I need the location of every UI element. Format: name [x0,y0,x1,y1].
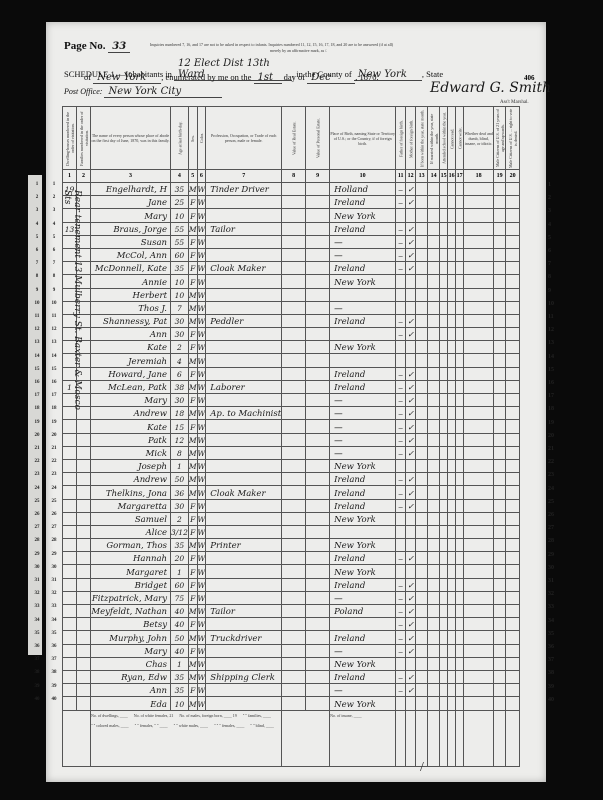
line-number-inner: 36 [47,644,61,649]
cell-empty [306,380,330,393]
cell-empty [282,380,306,393]
cell-birthplace [330,525,396,538]
cell-birthplace: New York [330,657,396,670]
line-number-inner: 38 [47,670,61,675]
line-number: 16 [548,380,554,386]
cell-empty [456,539,464,552]
cell-empty [506,196,520,209]
cell-mother-foreign: ✓ [406,486,416,499]
cell-empty [494,314,506,327]
cell-empty [282,314,306,327]
cell-empty [464,670,494,683]
cell-empty [456,262,464,275]
cell-empty [464,618,494,631]
cell-father-foreign: – [396,407,406,420]
cell-empty [306,420,330,433]
cell-empty [306,644,330,657]
table-row: Andrew18MWAp. to Machinist—–✓ [63,407,520,420]
cell-dwelling [63,420,77,433]
line-number-left: 32 [30,591,44,596]
cell-mother-foreign: ✓ [406,618,416,631]
cell-empty [506,618,520,631]
cell-birthplace: Ireland [330,222,396,235]
cell-dwelling [63,605,77,618]
cell-dwelling [63,618,77,631]
cell-empty [306,499,330,512]
line-number-left: 37 [30,657,44,662]
cell-name: Gorman, Thos [91,539,171,552]
cell-sex: M [188,380,197,393]
cell-mother-foreign: ✓ [406,380,416,393]
cell-empty [282,275,306,288]
line-number-left: 7 [30,261,44,266]
cell-name: Joseph [91,459,171,472]
cell-empty [456,433,464,446]
cell-empty [506,328,520,341]
cell-empty [440,235,448,248]
cell-age: 40 [171,605,189,618]
table-row: Shannessy, Pat30MWPeddlerIreland–✓ [63,314,520,327]
cell-sex: F [188,235,197,248]
cell-father-foreign: – [396,235,406,248]
cell-occupation: Tailor [206,222,282,235]
cell-empty [416,328,428,341]
cell-name: Eda [91,697,171,710]
cell-empty [494,565,506,578]
cell-empty [428,473,440,486]
cell-empty [456,183,464,196]
cell-birthplace: — [330,394,396,407]
cell-empty [428,196,440,209]
cell-empty [282,301,306,314]
cell-occupation [206,591,282,604]
cell-empty [416,644,428,657]
cell-birthplace: Ireland [330,631,396,644]
cell-sex: M [188,697,197,710]
cell-name: Susan [91,235,171,248]
post-office-value: New York City [104,86,222,98]
table-row: Mary10FWNew York [63,209,520,222]
line-number-left: 34 [30,618,44,623]
cell-mother-foreign: ✓ [406,499,416,512]
cell-sex: M [188,486,197,499]
cell-empty [448,618,456,631]
cell-age: 10 [171,288,189,301]
cell-family [77,605,91,618]
cell-mother-foreign [406,459,416,472]
cell-age: 75 [171,591,189,604]
cell-name: Ann [91,684,171,697]
cell-occupation: Tailor [206,605,282,618]
cell-empty [506,578,520,591]
cell-occupation [206,618,282,631]
line-number-inner: 9 [47,288,61,293]
table-row: Patk12MW—–✓ [63,433,520,446]
cell-mother-foreign: ✓ [406,328,416,341]
cell-empty [282,565,306,578]
cell-birthplace [330,328,396,341]
cell-occupation [206,459,282,472]
cell-empty [428,209,440,222]
cell-name: Jane [91,196,171,209]
cell-color: W [197,697,206,710]
cell-color: W [197,512,206,525]
cell-empty [506,262,520,275]
cell-empty [428,684,440,697]
cell-empty [428,631,440,644]
cell-dwelling [63,486,77,499]
cell-sex: M [188,222,197,235]
cell-empty [456,473,464,486]
table-row: Gorman, Thos35MWPrinterNew York [63,539,520,552]
footer-females-label: " " females, " " ____ [135,721,168,731]
cell-empty [494,591,506,604]
left-line-number-strip [28,175,42,655]
line-number: 40 [548,697,554,703]
cell-empty [464,367,494,380]
line-number-left: 13 [30,340,44,345]
footer-colored-females-label: " " " females, ____ [214,721,244,731]
cell-color: W [197,433,206,446]
cell-empty [456,644,464,657]
line-number-left: 18 [30,406,44,411]
cell-empty [416,631,428,644]
line-number-left: 36 [30,644,44,649]
state-label: , State [422,69,443,79]
cell-empty [306,314,330,327]
cell-name: Meyfeldt, Nathan [91,605,171,618]
col-num-20: 20 [506,170,520,183]
cell-birthplace: New York [330,539,396,552]
line-number-inner: 6 [47,248,61,253]
col-header-4: Age at last birth-day. [171,107,189,170]
cell-empty [282,196,306,209]
line-number: 9 [548,288,551,294]
cell-empty [464,565,494,578]
cell-empty [494,552,506,565]
cell-empty [448,262,456,275]
line-number-left: 24 [30,486,44,491]
line-number: 7 [548,261,551,267]
cell-sex: F [188,644,197,657]
cell-empty [440,473,448,486]
cell-sex: M [188,354,197,367]
cell-empty [428,486,440,499]
cell-sex: M [188,459,197,472]
cell-empty [428,354,440,367]
cell-empty [282,525,306,538]
cell-color: W [197,394,206,407]
cell-empty [448,684,456,697]
cell-empty [448,578,456,591]
cell-name: Shannessy, Pat [91,314,171,327]
line-number: 28 [548,538,554,544]
cell-empty [464,209,494,222]
page-number: Page No. 33 [64,40,130,53]
col-num-16: 16 [448,170,456,183]
cell-empty [456,684,464,697]
line-number-inner: 16 [47,380,61,385]
cell-empty [416,499,428,512]
line-number-inner: 28 [47,538,61,543]
cell-birthplace: — [330,235,396,248]
table-row: Samuel2FWNew York [63,512,520,525]
cell-family [77,433,91,446]
cell-empty [428,565,440,578]
table-row: Susan55FW—–✓ [63,235,520,248]
cell-age: 38 [171,380,189,393]
cell-sex: F [188,552,197,565]
line-number-left: 33 [30,604,44,609]
cell-birthplace: Ireland [330,380,396,393]
cell-father-foreign: – [396,433,406,446]
table-row: Margaretta30FWIreland–✓ [63,499,520,512]
cell-name: Murphy, John [91,631,171,644]
cell-empty [494,433,506,446]
cell-father-foreign: – [396,605,406,618]
cell-empty [464,314,494,327]
cell-name: Herbert [91,288,171,301]
cell-empty [506,697,520,710]
cell-birthplace: Ireland [330,499,396,512]
cell-name: Chas [91,657,171,670]
line-number: 23 [548,472,554,478]
col-num-12: 12 [406,170,416,183]
cell-empty [448,328,456,341]
cell-dwelling [63,578,77,591]
line-number-left: 16 [30,380,44,385]
cell-empty [464,552,494,565]
cell-sex: M [188,473,197,486]
cell-empty [440,525,448,538]
cell-mother-foreign [406,354,416,367]
cell-empty [282,248,306,261]
cell-father-foreign: – [396,328,406,341]
cell-sex: F [188,262,197,275]
cell-empty [282,578,306,591]
cell-empty [448,473,456,486]
line-number-left: 19 [30,420,44,425]
cell-empty [416,433,428,446]
cell-empty [464,235,494,248]
col-num-18: 18 [464,170,494,183]
cell-father-foreign [396,354,406,367]
cell-empty [396,710,406,766]
cell-empty [440,262,448,275]
cell-empty [282,657,306,670]
cell-empty [416,473,428,486]
cell-father-foreign: – [396,473,406,486]
cell-age: 2 [171,512,189,525]
cell-empty [506,394,520,407]
cell-empty [440,420,448,433]
cell-empty [416,525,428,538]
cell-empty [464,644,494,657]
cell-empty [416,578,428,591]
cell-family [77,473,91,486]
cell-empty [306,235,330,248]
cell-empty [494,446,506,459]
cell-color: W [197,235,206,248]
cell-empty [428,367,440,380]
cell-empty [416,657,428,670]
cell-empty [440,657,448,670]
cell-empty [306,631,330,644]
cell-sex: F [188,394,197,407]
cell-age: 30 [171,314,189,327]
cell-empty [464,525,494,538]
cell-dwelling [63,670,77,683]
line-number-inner: 31 [47,578,61,583]
cell-empty [440,486,448,499]
cell-empty [464,684,494,697]
line-number-inner: 25 [47,499,61,504]
line-number-left: 8 [30,274,44,279]
cell-empty [464,657,494,670]
cell-name: Jeremiah [91,354,171,367]
table-row: 13Braus, Jorge55MWTailorIreland–✓ [63,222,520,235]
cell-empty [282,222,306,235]
cell-empty [440,314,448,327]
cell-empty [282,288,306,301]
cell-empty [456,209,464,222]
cell-empty [416,367,428,380]
cell-name: Kate [91,420,171,433]
cell-empty [416,446,428,459]
col-header-11: Father of foreign birth. [396,107,406,170]
cell-empty [440,367,448,380]
cell-empty [464,420,494,433]
cell-empty [494,407,506,420]
cell-empty [506,341,520,354]
cell-occupation [206,473,282,486]
cell-empty [506,420,520,433]
cell-empty [306,539,330,552]
cell-empty [456,552,464,565]
col-num-14: 14 [428,170,440,183]
line-number-left: 20 [30,433,44,438]
cell-empty [448,367,456,380]
line-number-inner: 21 [47,446,61,451]
cell-occupation [206,341,282,354]
cell-empty [428,248,440,261]
cell-mother-foreign [406,301,416,314]
cell-empty [428,262,440,275]
cell-father-foreign: – [396,578,406,591]
cell-empty [416,486,428,499]
cell-empty [428,525,440,538]
cell-father-foreign [396,525,406,538]
table-row: Meyfeldt, Nathan40MWTailorPoland–✓ [63,605,520,618]
cell-empty [282,394,306,407]
cell-empty [506,248,520,261]
cell-empty [456,235,464,248]
cell-empty [428,710,440,766]
line-number: 10 [548,301,554,307]
cell-empty [494,473,506,486]
cell-empty [464,433,494,446]
cell-empty [428,420,440,433]
cell-empty [506,288,520,301]
cell-name: Andrew [91,473,171,486]
cell-empty [416,354,428,367]
line-number: 31 [548,578,554,584]
col-num-3: 3 [91,170,171,183]
cell-sex: M [188,407,197,420]
cell-mother-foreign: ✓ [406,473,416,486]
cell-empty [440,512,448,525]
cell-family [77,591,91,604]
cell-empty [494,539,506,552]
cell-empty [282,235,306,248]
cell-color: W [197,209,206,222]
cell-color: W [197,552,206,565]
cell-color: W [197,459,206,472]
cell-mother-foreign [406,539,416,552]
cell-empty [282,605,306,618]
line-number-left: 30 [30,565,44,570]
cell-empty [440,618,448,631]
cell-name: Samuel [91,512,171,525]
col-header-5: Sex. [188,107,197,170]
cell-empty [448,499,456,512]
line-number-inner: 26 [47,512,61,517]
line-number-left: 31 [30,578,44,583]
cell-birthplace: Ireland [330,473,396,486]
cell-empty [416,670,428,683]
col-num-11: 11 [396,170,406,183]
col-header-20: Male Citizens of U.S. ... right to vote … [506,107,520,170]
cell-empty [494,631,506,644]
cell-empty [456,631,464,644]
cell-father-foreign: – [396,183,406,196]
table-row: McCol, Ann60FW—–✓ [63,248,520,261]
line-number: 17 [548,393,554,399]
cell-empty [282,262,306,275]
cell-empty [428,670,440,683]
cell-color: W [197,301,206,314]
cell-empty [440,222,448,235]
cell-empty [282,684,306,697]
cell-family [77,512,91,525]
cell-age: 55 [171,222,189,235]
cell-empty [416,710,428,766]
table-row: Thos J.7MW— [63,301,520,314]
line-number-inner: 30 [47,565,61,570]
line-number-left: 26 [30,512,44,517]
cell-father-foreign: – [396,670,406,683]
cell-name: Margaret [91,565,171,578]
cell-empty [416,407,428,420]
cell-empty [428,644,440,657]
line-number-left: 6 [30,248,44,253]
cell-empty [494,670,506,683]
cell-birthplace: Ireland [330,552,396,565]
cell-occupation [206,684,282,697]
cell-empty [282,473,306,486]
cell-empty [494,657,506,670]
cell-empty [456,499,464,512]
line-number-inner: 32 [47,591,61,596]
line-number-left: 14 [30,354,44,359]
cell-empty [456,670,464,683]
cell-empty [282,552,306,565]
line-number: 30 [548,565,554,571]
cell-empty [464,486,494,499]
cell-empty [448,209,456,222]
cell-empty [306,328,330,341]
cell-empty [494,275,506,288]
